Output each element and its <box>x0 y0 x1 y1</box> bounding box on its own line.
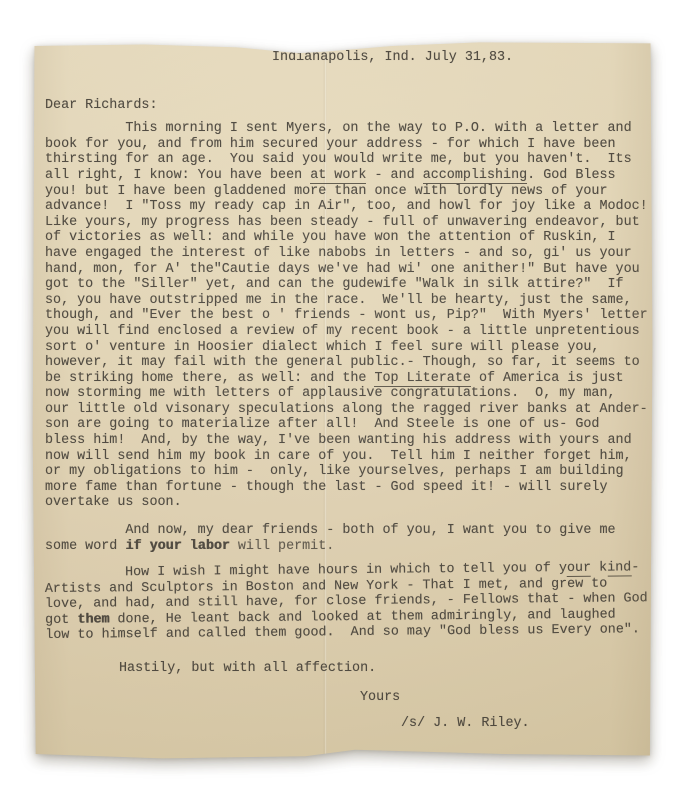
underlined-text: accomplishing <box>423 168 527 184</box>
text-segment: got <box>45 613 77 628</box>
letter-line: thirsting for an age. You said you would… <box>45 152 648 168</box>
text-segment: . God Bless <box>527 168 615 183</box>
text-segment: advance! I "Toss my ready cap in Air", t… <box>45 199 648 214</box>
letter-salutation: Dear Richards: <box>45 98 648 114</box>
letter-line: And now, my dear friends - both of you, … <box>45 523 648 539</box>
letter-line: you! but I have been gladdened more than… <box>45 184 648 200</box>
letter-line: hand, mon, for A' the"Cautie days we've … <box>45 262 648 278</box>
letter-line: This morning I sent Myers, on the way to… <box>45 121 648 137</box>
letter-photo: Indianapolis, Ind. July 31,83. Dear Rich… <box>32 38 653 762</box>
text-segment: have engaged the interest of like nabobs… <box>45 246 632 261</box>
letter-line: overtake us soon. <box>45 495 648 511</box>
underlined-text: Top Literate <box>374 371 470 387</box>
letter-content: Indianapolis, Ind. July 31,83. Dear Rich… <box>45 50 648 732</box>
text-segment: This morning I sent Myers, on the way to… <box>45 121 632 136</box>
letter-paper: Indianapolis, Ind. July 31,83. Dear Rich… <box>32 38 653 762</box>
letter-line: son are going to materialize after all! … <box>45 417 648 433</box>
letter-line: now storming me with letters of applausi… <box>45 386 648 402</box>
letter-valediction: Yours <box>360 690 648 706</box>
text-segment: book for you, and from him secured your … <box>45 137 616 152</box>
text-segment: got to the "Siller" yet, and can the gud… <box>45 277 624 292</box>
text-segment: so, you have outstripped me in the race.… <box>45 293 632 308</box>
text-segment: thirsting for an age. You said you would… <box>45 152 632 167</box>
text-segment: or my obligations to him - only, like yo… <box>45 464 624 479</box>
underlined-text: our <box>567 561 591 577</box>
letter-line: all right, I know: You have been at work… <box>45 168 648 184</box>
letter-line: Like yours, my progress has been steady … <box>45 215 648 231</box>
letter-line: be striking home there, as well: and the… <box>45 371 648 387</box>
paragraph-1: This morning I sent Myers, on the way to… <box>45 121 648 511</box>
text-segment: be striking home there, as well: and the <box>45 371 374 386</box>
underlined-text: ind <box>607 561 631 577</box>
text-segment: And now, my dear friends - both of you, … <box>45 523 616 538</box>
letter-line: bless him! And, by the way, I've been wa… <box>45 433 648 449</box>
letter-body: This morning I sent Myers, on the way to… <box>45 121 648 644</box>
text-segment: you will find enclosed a review of my re… <box>45 324 640 339</box>
text-segment: bless him! And, by the way, I've been wa… <box>45 433 632 448</box>
letter-line: or my obligations to him - only, like yo… <box>45 464 648 480</box>
text-segment: son are going to materialize after all! … <box>45 417 599 432</box>
text-segment: overtake us soon. <box>45 495 182 510</box>
text-segment: of victories as well: and while you have… <box>45 230 616 245</box>
letter-line: so, you have outstripped me in the race.… <box>45 293 648 309</box>
text-segment: all right, I know: You have been <box>45 168 310 183</box>
text-segment: some word <box>45 539 125 554</box>
letter-signature: /s/ J. W. Riley. <box>401 716 648 732</box>
paragraph-3: How I wish I might have hours in which t… <box>45 560 649 644</box>
bold-text: them <box>77 612 109 627</box>
letter-line: advance! I "Toss my ready cap in Air", t… <box>45 199 648 215</box>
text-segment: will permit. <box>230 539 334 554</box>
text-segment: though, and "Ever the best o ' friends -… <box>45 308 648 323</box>
text-segment: - <box>631 561 639 576</box>
text-segment: you! but I have been gladdened more than… <box>45 184 608 199</box>
letter-line: more fame than fortune - though the last… <box>45 480 648 496</box>
text-segment: however, it may fail with the general pu… <box>45 355 640 370</box>
letter-line: got to the "Siller" yet, and can the gud… <box>45 277 648 293</box>
text-segment: now will send him my book in care of you… <box>45 449 632 464</box>
letter-line: though, and "Ever the best o ' friends -… <box>45 308 648 324</box>
letter-line: book for you, and from him secured your … <box>45 137 648 153</box>
text-segment: more fame than fortune - though the last… <box>45 480 608 495</box>
letter-line: of victories as well: and while you have… <box>45 230 648 246</box>
paragraph-2: And now, my dear friends - both of you, … <box>45 523 648 554</box>
letter-line: have engaged the interest of like nabobs… <box>45 246 648 262</box>
text-segment: hand, mon, for A' the"Cautie days we've … <box>45 262 640 277</box>
underlined-text: at work <box>310 168 366 184</box>
text-segment: Like yours, my progress has been steady … <box>45 215 640 230</box>
bold-text: if your labor <box>125 539 229 554</box>
text-segment: of America is just <box>471 371 624 386</box>
text-segment: k <box>591 561 607 576</box>
text-segment: sort o' venture in Hoosier dialect which… <box>45 340 599 355</box>
letter-line: now will send him my book in care of you… <box>45 449 648 465</box>
text-segment: - and <box>366 168 422 183</box>
letter-line: sort o' venture in Hoosier dialect which… <box>45 340 648 356</box>
letter-closing: Hastily, but with all affection. <box>119 661 648 677</box>
letter-line: our little old visonary speculations alo… <box>45 402 648 418</box>
letter-line: however, it may fail with the general pu… <box>45 355 648 371</box>
text-segment: our little old visonary speculations alo… <box>45 402 648 417</box>
text-segment: now storming me with letters of applausi… <box>45 386 616 401</box>
letter-line: you will find enclosed a review of my re… <box>45 324 648 340</box>
letter-dateline: Indianapolis, Ind. July 31,83. <box>272 50 648 66</box>
letter-line: some word if your labor will permit. <box>45 539 648 555</box>
